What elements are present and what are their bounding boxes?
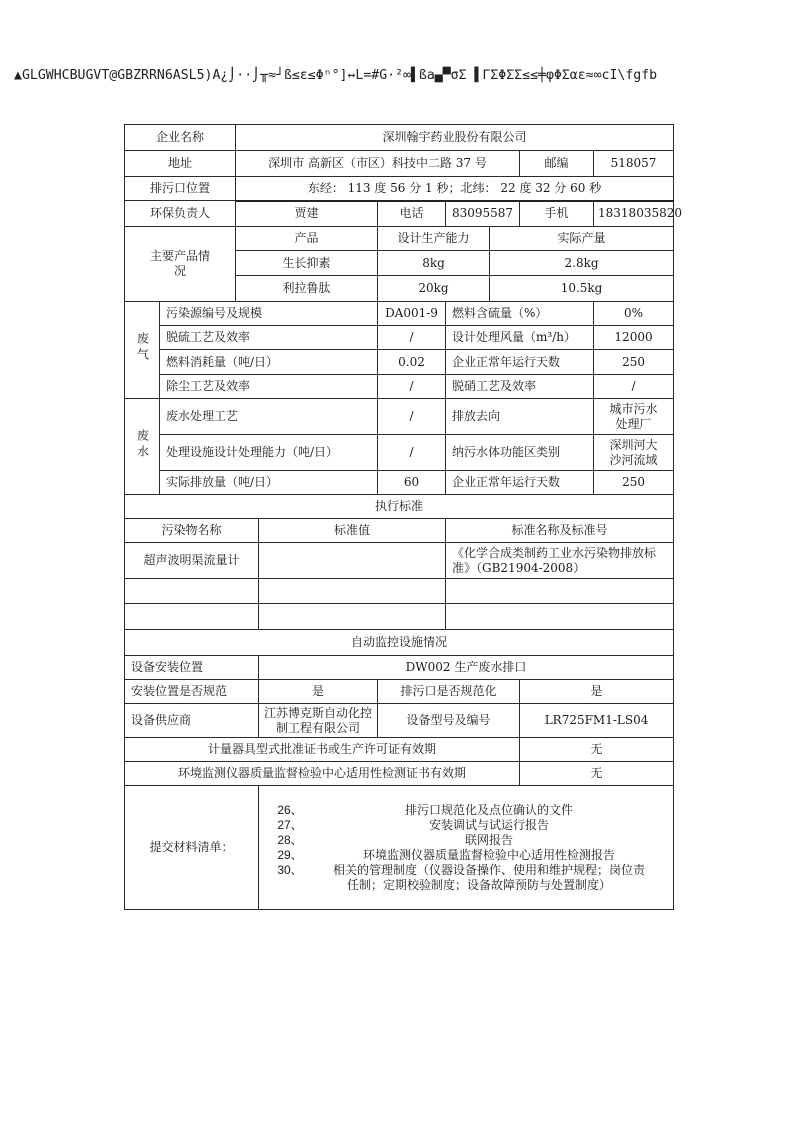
product-actual-output: 10.5kg (490, 276, 674, 302)
standard-pollutant (125, 579, 259, 604)
material-item: 28、联网报告 (269, 833, 667, 848)
product-name: 生长抑素 (236, 251, 378, 276)
standards-header-name: 标准名称及标准号 (446, 519, 674, 543)
standard-pollutant (125, 604, 259, 630)
waste-water-value: 深圳河大沙河流域 (594, 435, 674, 471)
material-item: 26、排污口规范化及点位确认的文件 (269, 803, 667, 818)
material-item: 30、相关的管理制度（仪器设备操作、使用和维护规程；岗位责 (269, 863, 667, 878)
company-name-label: 企业名称 (125, 125, 236, 151)
pollution-source-info-table: 企业名称 深圳翰宇药业股份有限公司 地址 深圳市 高新区（市区）科技中二路 37… (124, 124, 674, 910)
standards-header-value: 标准值 (259, 519, 446, 543)
materials-label: 提交材料清单： (125, 786, 259, 910)
products-header-design: 设计生产能力 (378, 227, 490, 251)
waste-gas-value: / (594, 375, 674, 399)
monitoring-title: 自动监控设施情况 (125, 630, 674, 656)
cert2-label: 环境监测仪器质量监督检验中心适用性检测证书有效期 (125, 762, 520, 786)
address-value: 深圳市 高新区（市区）科技中二路 37 号 (236, 151, 520, 177)
env-manager-name: 贾建 (236, 201, 378, 227)
waste-gas-value: DA001-9 (378, 302, 446, 326)
products-label: 主要产品情况 (125, 227, 236, 302)
standard-name: 《化学合成类制药工业水污染物排放标准》（GB21904-2008） (446, 543, 674, 579)
waste-water-key: 企业正常年运行天数 (446, 471, 594, 495)
standard-pollutant: 超声波明渠流量计 (125, 543, 259, 579)
waste-water-key: 废水处理工艺 (160, 399, 378, 435)
products-header-product: 产品 (236, 227, 378, 251)
material-item: 27、安装调试与试运行报告 (269, 818, 667, 833)
standard-name (446, 579, 674, 604)
mobile-value: 18318035820 (594, 201, 674, 227)
cert2-value: 无 (520, 762, 674, 786)
waste-gas-value: 0% (594, 302, 674, 326)
mobile-label: 手机 (520, 201, 594, 227)
env-manager-label: 环保负责人 (125, 201, 236, 227)
install-standard-label: 安装位置是否规范 (125, 680, 259, 704)
supplier-label: 设备供应商 (125, 704, 259, 738)
product-name: 利拉鲁肽 (236, 276, 378, 302)
waste-water-value: / (378, 399, 446, 435)
cert1-label: 计量器具型式批准证书或生产许可证有效期 (125, 738, 520, 762)
waste-gas-label: 废气 (125, 302, 160, 399)
waste-water-value: 城市污水处理厂 (594, 399, 674, 435)
waste-water-label: 废水 (125, 399, 160, 495)
install-standard-value: 是 (259, 680, 378, 704)
standards-header-pollutant: 污染物名称 (125, 519, 259, 543)
standards-title: 执行标准 (125, 495, 674, 519)
waste-water-key: 纳污水体功能区类别 (446, 435, 594, 471)
waste-gas-key: 除尘工艺及效率 (160, 375, 378, 399)
address-label: 地址 (125, 151, 236, 177)
waste-water-value: / (378, 435, 446, 471)
garbled-header-text: ▲GLGWHCBUGVT@GBZRRN6ASL5)A¿⌡··⌡╥≈┘ß≤ε≤Φⁿ… (14, 68, 794, 83)
zip-label: 邮编 (520, 151, 594, 177)
material-item-continuation: 任制；定期校验制度；设备故障预防与处置制度） (269, 878, 667, 893)
cert1-value: 无 (520, 738, 674, 762)
model-value: LR725FM1-LS04 (520, 704, 674, 738)
waste-gas-value: 250 (594, 350, 674, 375)
install-location-label: 设备安装位置 (125, 656, 259, 680)
waste-gas-key: 设计处理风量（m³/h） (446, 326, 594, 350)
install-location-value: DW002 生产废水排口 (259, 656, 674, 680)
outlet-standard-label: 排污口是否规范化 (378, 680, 520, 704)
standard-value (259, 604, 446, 630)
waste-water-key: 排放去向 (446, 399, 594, 435)
model-label: 设备型号及编号 (378, 704, 520, 738)
material-item: 29、环境监测仪器质量监督检验中心适用性检测报告 (269, 848, 667, 863)
materials-list: 26、排污口规范化及点位确认的文件 27、安装调试与试运行报告 28、联网报告 … (259, 786, 674, 910)
waste-gas-value: 0.02 (378, 350, 446, 375)
zip-value: 518057 (594, 151, 674, 177)
standard-name (446, 604, 674, 630)
product-design-capacity: 20kg (378, 276, 490, 302)
outlet-location-value: 东经： 113 度 56 分 1 秒；北纬： 22 度 32 分 60 秒 (236, 177, 674, 201)
waste-gas-value: 12000 (594, 326, 674, 350)
standard-value (259, 543, 446, 579)
standard-value (259, 579, 446, 604)
waste-gas-key: 脱硫工艺及效率 (160, 326, 378, 350)
waste-gas-key: 燃料消耗量（吨/日） (160, 350, 378, 375)
waste-water-value: 60 (378, 471, 446, 495)
waste-water-value: 250 (594, 471, 674, 495)
product-design-capacity: 8kg (378, 251, 490, 276)
waste-gas-value: / (378, 326, 446, 350)
products-header-actual: 实际产量 (490, 227, 674, 251)
outlet-standard-value: 是 (520, 680, 674, 704)
waste-water-key: 处理设施设计处理能力（吨/日） (160, 435, 378, 471)
phone-label: 电话 (378, 201, 446, 227)
waste-gas-key: 企业正常年运行天数 (446, 350, 594, 375)
waste-gas-value: / (378, 375, 446, 399)
supplier-value: 江苏博克斯自动化控制工程有限公司 (259, 704, 378, 738)
waste-gas-key: 脱硝工艺及效率 (446, 375, 594, 399)
phone-value: 83095587 (446, 201, 520, 227)
waste-gas-key: 燃料含硫量（%） (446, 302, 594, 326)
company-name-value: 深圳翰宇药业股份有限公司 (236, 125, 674, 151)
product-actual-output: 2.8kg (490, 251, 674, 276)
waste-water-key: 实际排放量（吨/日） (160, 471, 378, 495)
waste-gas-key: 污染源编号及规模 (160, 302, 378, 326)
outlet-location-label: 排污口位置 (125, 177, 236, 201)
